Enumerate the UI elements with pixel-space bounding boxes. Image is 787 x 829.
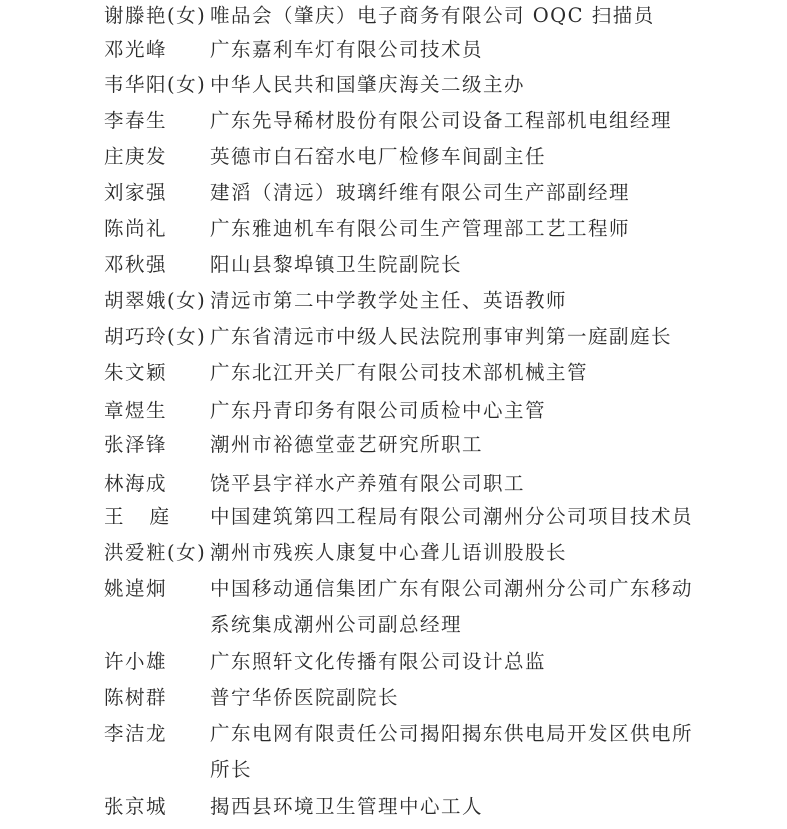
person-affiliation: 广东照轩文化传播有限公司设计总监 [210, 644, 546, 680]
person-affiliation: 潮州市裕德堂壶艺研究所职工 [210, 427, 483, 463]
person-name: 陈尚礼 [104, 211, 210, 247]
person-name: 王庭 [104, 499, 210, 535]
person-name: 李春生 [104, 103, 210, 139]
person-affiliation: 建滔（清远）玻璃纤维有限公司生产部副经理 [210, 175, 630, 211]
person-name: 胡巧玲(女) [104, 319, 210, 355]
person-affiliation: 唯品会（肇庆）电子商务有限公司 OQC 扫描员 [210, 0, 655, 34]
person-name: 朱文颖 [104, 355, 210, 391]
person-name: 胡翠娥(女) [104, 283, 210, 319]
person-affiliation: 广东省清远市中级人民法院刑事审判第一庭副庭长 [210, 319, 672, 355]
person-name: 陈树群 [104, 680, 210, 716]
person-affiliation: 饶平县宇祥水产养殖有限公司职工 [210, 466, 525, 502]
person-name: 张京城 [104, 789, 210, 825]
person-name: 庄庚发 [104, 139, 210, 175]
person-name: 邓秋强 [104, 247, 210, 283]
person-affiliation: 中国建筑第四工程局有限公司潮州分公司项目技术员 [210, 499, 693, 535]
person-name: 章煜生 [104, 393, 210, 429]
person-affiliation: 广东嘉利车灯有限公司技术员 [210, 32, 483, 68]
person-affiliation: 揭西县环境卫生管理中心工人 [210, 789, 483, 825]
person-name: 李洁龙 [104, 716, 210, 752]
person-name: 姚逴炯 [104, 571, 210, 607]
person-name: 洪爱粧(女) [104, 535, 210, 571]
person-affiliation: 清远市第二中学教学处主任、英语教师 [210, 283, 567, 319]
person-affiliation: 广东雅迪机车有限公司生产管理部工艺工程师 [210, 211, 630, 247]
person-name: 邓光峰 [104, 32, 210, 68]
person-affiliation: 广东北江开关厂有限公司技术部机械主管 [210, 355, 588, 391]
person-name: 张泽锋 [104, 427, 210, 463]
person-affiliation-continued: 系统集成潮州公司副总经理 [210, 607, 462, 643]
person-name: 林海成 [104, 466, 210, 502]
person-affiliation: 广东丹青印务有限公司质检中心主管 [210, 393, 546, 429]
person-affiliation: 潮州市残疾人康复中心聋儿语训股股长 [210, 535, 567, 571]
person-name: 谢滕艳(女) [104, 0, 210, 34]
person-affiliation: 广东先导稀材股份有限公司设备工程部机电组经理 [210, 103, 672, 139]
person-affiliation: 中国移动通信集团广东有限公司潮州分公司广东移动 [210, 571, 693, 607]
person-affiliation: 广东电网有限责任公司揭阳揭东供电局开发区供电所 [210, 716, 693, 752]
person-affiliation: 中华人民共和国肇庆海关二级主办 [210, 67, 525, 103]
person-name: 韦华阳(女) [104, 67, 210, 103]
person-name: 许小雄 [104, 644, 210, 680]
person-name: 刘家强 [104, 175, 210, 211]
document-page: 谢滕艳(女) 唯品会（肇庆）电子商务有限公司 OQC 扫描员 邓光峰 广东嘉利车… [0, 0, 787, 829]
person-affiliation-continued: 所长 [210, 752, 252, 788]
person-affiliation: 英德市白石窑水电厂检修车间副主任 [210, 139, 546, 175]
person-affiliation: 阳山县黎埠镇卫生院副院长 [210, 247, 462, 283]
person-affiliation: 普宁华侨医院副院长 [210, 680, 399, 716]
